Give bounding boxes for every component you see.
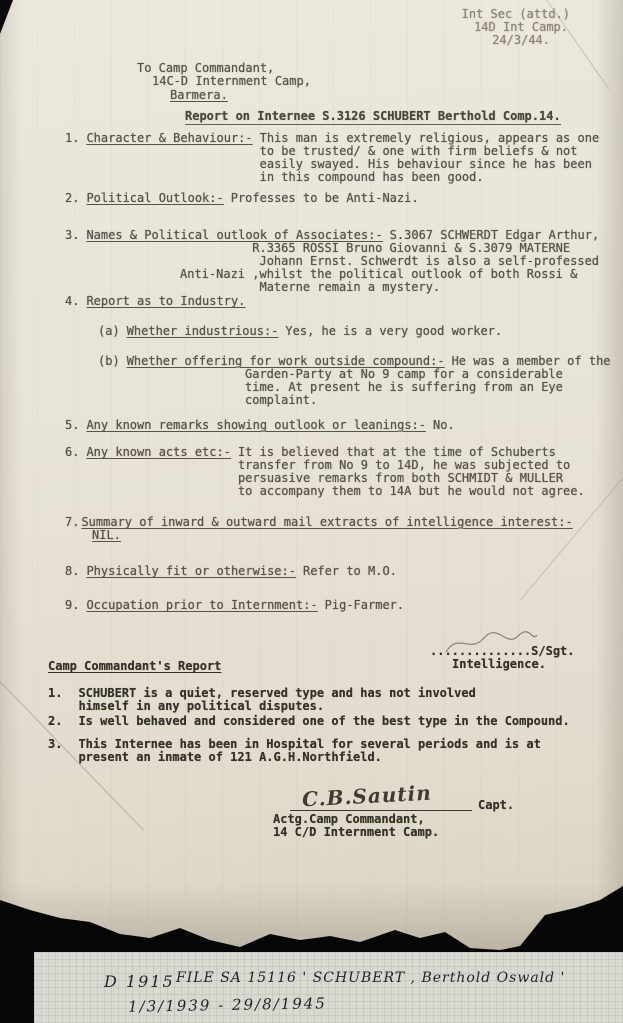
item-body: SCHUBERT is a quiet, reserved type and h… [78,687,475,713]
item-heading: Any known acts etc:- [86,445,231,459]
item-body: Refer to M.O. [303,565,397,578]
item-continuation: R.3365 ROSSI Bruno Giovanni & S.3079 MAT… [180,242,599,294]
item-number: (b) [98,355,120,368]
report-item: 5.Any known remarks showing outlook or l… [65,419,455,432]
item-body: It is believed that at the time of Schub… [238,446,585,498]
item-heading: Whether offering for work outside compou… [127,354,445,368]
item-number: 2. [48,715,62,728]
address-line: 14C-D Internment Camp, [152,75,311,88]
item-number: (a) [98,325,120,338]
report-title: Report on Internee S.3126 SCHUBERT Berth… [185,110,561,123]
report-item: 1.Character & Behaviour:-This man is ext… [65,132,599,184]
rank-label: Capt. [478,799,514,812]
item-number: 2. [65,192,79,205]
item-heading: Political Outlook:- [86,191,223,205]
item-number: 6. [65,446,79,459]
item-body: Pig-Farmer. [325,599,404,612]
item-number: 8. [65,565,79,578]
item-number: 9. [65,599,79,612]
archive-date-range: 1/3/1939 - 29/8/1945 [128,994,327,1015]
item-body: Yes, he is a very good worker. [285,325,502,338]
item-number: 4. [65,295,79,308]
item-number: 3. [65,229,79,242]
report-item: 6.Any known acts etc:-It is believed tha… [65,446,585,498]
item-body: This man is extremely religious, appears… [260,132,600,184]
item-number: 1. [65,132,79,145]
report-item: 7.Summary of inward & outward mail extra… [65,516,580,529]
item-heading: Physically fit or otherwise:- [86,564,296,578]
report-item: 4.Report as to Industry. [65,295,252,308]
item-heading: Whether industrious:- [127,324,279,338]
typed-header-block: Int Sec (attd.) 14D Int Camp. 24/3/44. [420,8,570,47]
item-heading: Summary of inward & outward mail extract… [81,515,572,529]
item-number: 7. [65,516,79,529]
item-continuation: NIL. [92,529,121,542]
item-heading: Occupation prior to Internment:- [86,598,317,612]
intelligence-label: Intelligence. [452,658,546,671]
report-subitem: (a)Whether industrious:-Yes, he is a ver… [98,325,502,338]
commandant-item: 2.Is well behaved and considered one of … [48,715,570,728]
scanned-document-photo: Int Sec (attd.) 14D Int Camp. 24/3/44. T… [0,0,623,1023]
report-item: 2.Political Outlook:-Professes to be Ant… [65,192,419,205]
header-date: 24/3/44. [420,34,570,47]
address-place: Barmera. [170,89,228,102]
report-item: 8.Physically fit or otherwise:-Refer to … [65,565,397,578]
item-number: 1. [48,687,62,700]
commandant-item: 1.SCHUBERT is a quiet, reserved type and… [48,687,476,713]
signature-camp-line: 14 C/D Internment Camp. [273,826,439,839]
commandant-report-heading: Camp Commandant's Report [48,660,221,673]
item-body: No. [433,419,455,432]
item-heading: Report as to Industry. [86,294,245,308]
item-heading: Names & Political outlook of Associates:… [86,228,382,242]
item-continuation: Garden-Party at No 9 camp for a consider… [245,368,563,407]
item-heading: Character & Behaviour:- [86,131,252,145]
archive-ref-number: D 1915 [104,972,175,991]
commandant-item: 3.This Internee has been in Hospital for… [48,738,541,764]
item-number: 3. [48,738,62,751]
item-body: Is well behaved and considered one of th… [78,715,569,728]
item-heading: Any known remarks showing outlook or lea… [86,418,426,432]
item-number: 5. [65,419,79,432]
archive-file-title: FILE SA 15116 ' SCHUBERT , Berthold Oswa… [176,970,565,986]
item-body: Professes to be Anti-Nazi. [231,192,419,205]
report-item: 9.Occupation prior to Internment:-Pig-Fa… [65,599,404,612]
item-body: This Internee has been in Hospital for s… [78,738,540,764]
signature-underline [290,810,472,811]
